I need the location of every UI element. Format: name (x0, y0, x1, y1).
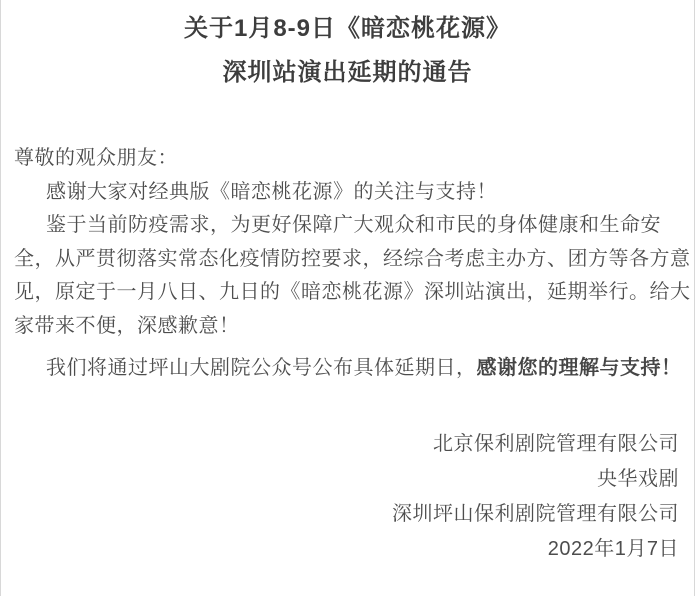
body-line-text: 感谢大家对经典版《暗恋桃花源》的关注与支持！ (46, 181, 497, 203)
signature-line: 北京保利剧院管理有限公司 (14, 427, 679, 462)
notice-title-line-2: 深圳站演出延期的通告 (14, 51, 681, 95)
body-line-text: 全，从严贯彻落实常态化疫情防控要求，经综合考虑主办方、团方等各方意 (14, 248, 691, 270)
body-line: 感谢大家对经典版《暗恋桃花源》的关注与支持！ (14, 176, 681, 210)
signature-line: 央华戏剧 (14, 462, 679, 497)
body-line-bold-text: 感谢您的理解与支持！ (477, 357, 682, 379)
body-line-text: 家带来不便，深感歉意！ (14, 315, 240, 337)
notice-body: 尊敬的观众朋友：感谢大家对经典版《暗恋桃花源》的关注与支持！鉴于当前防疫需求，为… (14, 142, 681, 386)
body-line: 见，原定于一月八日、九日的《暗恋桃花源》深圳站演出，延期举行。给大 (14, 276, 681, 310)
notice-title: 关于1月8-9日《暗恋桃花源》 深圳站演出延期的通告 (14, 7, 681, 95)
body-line-text: 鉴于当前防疫需求，为更好保障广大观众和市民的身体健康和生命安 (46, 214, 661, 236)
signature-line: 2022年1月7日 (14, 532, 679, 567)
body-line-text: 见，原定于一月八日、九日的《暗恋桃花源》深圳站演出，延期举行。给大 (14, 281, 691, 303)
body-line: 全，从严贯彻落实常态化疫情防控要求，经综合考虑主办方、团方等各方意 (14, 243, 681, 277)
body-line-text: 我们将通过坪山大剧院公众号公布具体延期日， (46, 357, 477, 379)
body-line: 尊敬的观众朋友： (14, 142, 681, 176)
notice-title-line-1: 关于1月8-9日《暗恋桃花源》 (14, 7, 681, 51)
body-line-text: 尊敬的观众朋友： (14, 147, 178, 169)
signature-line: 深圳坪山保利剧院管理有限公司 (14, 497, 679, 532)
body-line: 家带来不便，深感歉意！ (14, 310, 681, 344)
notice-page: 关于1月8-9日《暗恋桃花源》 深圳站演出延期的通告 尊敬的观众朋友：感谢大家对… (0, 0, 695, 596)
body-line: 鉴于当前防疫需求，为更好保障广大观众和市民的身体健康和生命安 (14, 209, 681, 243)
notice-signature: 北京保利剧院管理有限公司央华戏剧深圳坪山保利剧院管理有限公司2022年1月7日 (14, 427, 681, 567)
body-line: 我们将通过坪山大剧院公众号公布具体延期日，感谢您的理解与支持！ (14, 352, 681, 386)
